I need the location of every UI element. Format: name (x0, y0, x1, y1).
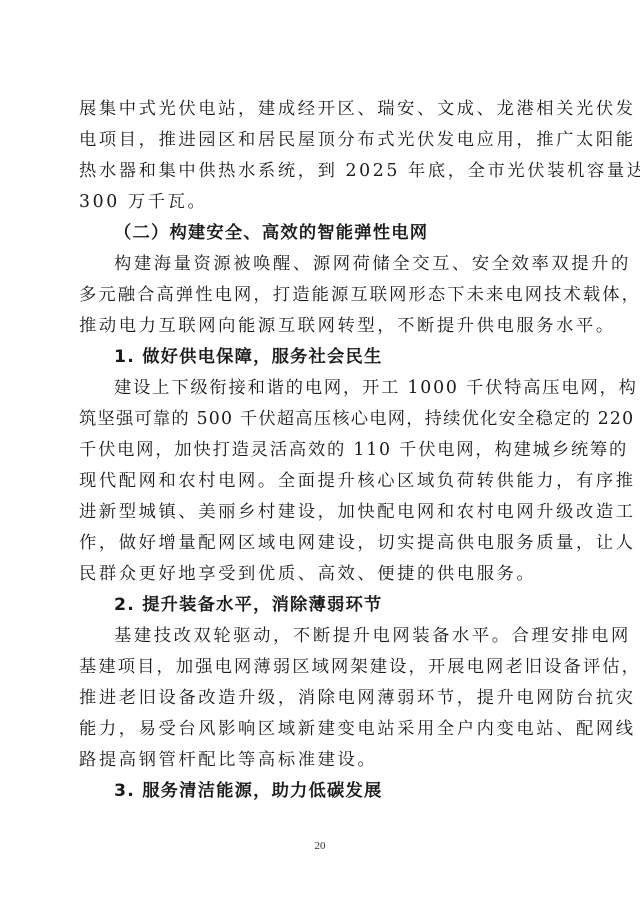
paragraph-line: 推进老旧设备改造升级，消除电网薄弱环节，提升电网防台抗灾 (79, 683, 563, 714)
subsection-heading: 1. 做好供电保障，服务社会民生 (79, 342, 563, 373)
paragraph-line: 电项目，推进园区和居民屋顶分布式光伏发电应用，推广太阳能 (79, 125, 563, 156)
paragraph-line: 热水器和集中供热水系统，到 2025 年底，全市光伏装机容量达 (79, 156, 563, 187)
paragraph-line: 现代配网和农村电网。全面提升核心区域负荷转供能力，有序推 (79, 466, 563, 497)
paragraph-line: 民群众更好地享受到优质、高效、便捷的供电服务。 (79, 559, 563, 590)
paragraph-line: 路提高钢管杆配比等高标准建设。 (79, 745, 563, 776)
paragraph-line: 建设上下级衔接和谐的电网，开工 1000 千伏特高压电网，构 (79, 373, 563, 404)
paragraph-line: 千伏电网，加快打造灵活高效的 110 千伏电网，构建城乡统筹的 (79, 435, 563, 466)
document-page: 展集中式光伏电站，建成经开区、瑞安、文成、龙港相关光伏发 电项目，推进园区和居民… (79, 94, 563, 807)
paragraph-line: 进新型城镇、美丽乡村建设，加快配电网和农村电网升级改造工 (79, 497, 563, 528)
paragraph-line: 筑坚强可靠的 500 千伏超高压核心电网，持续优化安全稳定的 220 (79, 404, 563, 435)
paragraph-line: 能力，易受台风影响区域新建变电站采用全户内变电站、配网线 (79, 714, 563, 745)
subsection-heading: 2. 提升装备水平，消除薄弱环节 (79, 590, 563, 621)
paragraph-line: 基建技改双轮驱动，不断提升电网装备水平。合理安排电网 (79, 621, 563, 652)
section-heading: （二）构建安全、高效的智能弹性电网 (79, 218, 563, 249)
paragraph-line: 构建海量资源被唤醒、源网荷储全交互、安全效率双提升的 (79, 249, 563, 280)
paragraph-line: 300 万千瓦。 (79, 187, 563, 218)
paragraph-line: 作，做好增量配网区域电网建设，切实提高供电服务质量，让人 (79, 528, 563, 559)
paragraph-line: 多元融合高弹性电网，打造能源互联网形态下未来电网技术载体， (79, 280, 563, 311)
paragraph-line: 基建项目，加强电网薄弱区域网架建设，开展电网老旧设备评估， (79, 652, 563, 683)
subsection-heading: 3. 服务清洁能源，助力低碳发展 (79, 776, 563, 807)
paragraph-line: 展集中式光伏电站，建成经开区、瑞安、文成、龙港相关光伏发 (79, 94, 563, 125)
page-number: 20 (0, 840, 640, 852)
paragraph-line: 推动电力互联网向能源互联网转型，不断提升供电服务水平。 (79, 311, 563, 342)
